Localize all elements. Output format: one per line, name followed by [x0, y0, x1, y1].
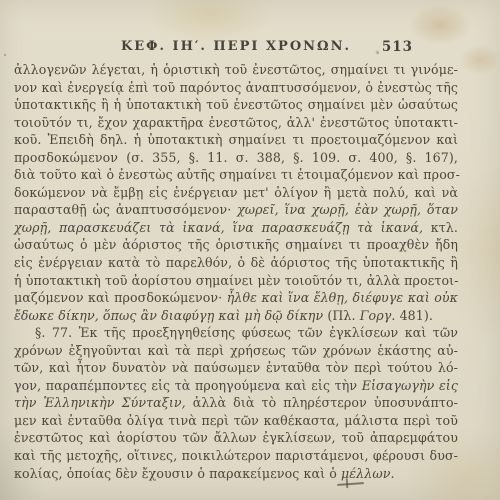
text-segment: §. 77. Ἐκ τῆς προεξηγηθείσης φύσεως τῶν …	[35, 325, 458, 340]
text-line: εἰς ἐνέργειαν κατὰ τὸ παρελθόν, ὁ δὲ ἀόρ…	[14, 254, 458, 272]
text-line: καὶ τῆς μετοχῆς, οἵτινες, ποικιλώτερον π…	[14, 447, 458, 465]
emphasized-text: τὴν Ἑλληνικὴν Σύνταξιν,	[14, 395, 186, 410]
text-segment: κολίας, ὁποίας δὲν ἔχουσιν ὁ παρακείμενο…	[14, 466, 341, 481]
emphasized-text: χωρῇ, παρασκευάζει τὰ ἱκανά, ἵνα παρασκε…	[14, 220, 423, 235]
text-segment: τῶν, καὶ ἦτον δυνατὸν νὰ παύσωμεν ἐνταῦθ…	[14, 360, 458, 375]
scanned-book-page: ΚΕΦ. ΙΗ′. ΠΕΡΙ ΧΡΟΝΩΝ. 513 ἀλλογενῶν λέγ…	[0, 0, 500, 500]
text-segment: τοιοῦτόν τι, ἔχον χαρακτῆρα ἐνεστῶτος, ἀ…	[14, 115, 458, 130]
text-line: γον, παραπέμποντες εἰς τὰ προηγούμενα κα…	[14, 377, 458, 395]
paragraph: §. 77. Ἐκ τῆς προεξηγηθείσης φύσεως τῶν …	[14, 324, 458, 482]
text-segment: ἡ ὑποτακτικὴ τοῦ ἀορίστου σημαίνει μὲν τ…	[14, 273, 459, 288]
text-line: μαζόμενον καὶ προσδοκώμενον· ἦλθε καὶ ἵν…	[14, 289, 458, 307]
emphasized-text: Εἰσαγωγὴν εἰς	[362, 378, 458, 393]
text-line: τὴν Ἑλληνικὴν Σύνταξιν, ἀλλὰ διὰ τὸ πληρ…	[14, 394, 458, 412]
text-segment: παρασταθῇ ὡς ἀναπτυσσόμενον·	[14, 202, 237, 217]
text-segment: ἐνεστῶτος καὶ ἀορίστου τῶν ἄλλων ἐγκλίσε…	[14, 430, 458, 445]
text-line: ἡ ὑποτακτικὴ τοῦ ἀορίστου σημαίνει μὲν τ…	[14, 272, 458, 290]
text-segment: κτλ.	[423, 220, 458, 235]
text-line: χωρῇ, παρασκευάζει τὰ ἱκανά, ἵνα παρασκε…	[14, 219, 458, 237]
text-line: δοκώμενον νὰ ἔμβῃ εἰς ἐνέργειαν μετ' ὀλί…	[14, 184, 458, 202]
text-line: κολίας, ὁποίας δὲν ἔχουσιν ὁ παρακείμενο…	[14, 465, 458, 483]
text-segment: δοκώμενον νὰ ἔμβῃ εἰς ἐνέργειαν μετ' ὀλί…	[14, 185, 458, 200]
emphasized-text: χωρεῖ, ἵνα χωρῇ, ἐὰν χωρῇ, ὅταν	[237, 202, 458, 217]
text-segment: χρόνων ἐξηγοῦνται καὶ τὰ περὶ χρήσεως τῶ…	[14, 343, 458, 358]
page-body: ἀλλογενῶν λέγεται, ἡ ὁριστικὴ τοῦ ἐνεστῶ…	[14, 61, 458, 482]
text-line: χρόνων ἐξηγοῦνται καὶ τὰ περὶ χρήσεως τῶ…	[14, 342, 458, 360]
text-line: παρασταθῇ ὡς ἀναπτυσσόμενον· χωρεῖ, ἵνα …	[14, 201, 458, 219]
text-segment: ὑποτακτικῆς ἢ ἡ ὑποτακτικὴ τοῦ ἐνεστῶτος…	[14, 97, 458, 112]
text-line: νον καὶ ἐνεργείᾳ ἐπὶ τοῦ παρόντος ἀναπτυ…	[14, 79, 458, 97]
emphasized-text: ἔδωκε δίκην, ὅπως ἂν διαφύγῃ καὶ μὴ δῷ δ…	[14, 308, 327, 323]
text-line: προσδοκώμενον (σ. 355, §. 11. σ. 388, §.…	[14, 149, 458, 167]
text-segment: ἀλλογενῶν λέγεται, ἡ ὁριστικὴ τοῦ ἐνεστῶ…	[14, 62, 458, 77]
text-segment: εἰς ἐνέργειαν κατὰ τὸ παρελθόν, ὁ δὲ ἀόρ…	[14, 255, 458, 270]
text-segment: ὡσαύτως ὁ μὲν ἀόριστος τῆς ὁριστικῆς σημ…	[14, 237, 458, 252]
pencil-mark	[337, 477, 365, 489]
text-segment: διὰ τοῦτο καὶ ὁ ἐνεστὼς αὐτῆς σημαίνει τ…	[14, 167, 460, 182]
chapter-title: ΚΕΦ. ΙΗ′. ΠΕΡΙ ΧΡΟΝΩΝ.	[0, 39, 486, 54]
paragraph: ἀλλογενῶν λέγεται, ἡ ὁριστικὴ τοῦ ἐνεστῶ…	[14, 61, 458, 324]
text-segment: μεν καὶ ἐνταῦθα ὀλίγα τινὰ περὶ τῶν καθέ…	[14, 413, 458, 428]
text-segment: νον καὶ ἐνεργείᾳ ἐπὶ τοῦ παρόντος ἀναπτυ…	[14, 80, 458, 95]
text-segment: γον, παραπέμποντες εἰς τὰ προηγούμενα κα…	[14, 378, 362, 393]
text-segment: προσδοκώμενον (σ. 355, §. 11. σ. 388, §.…	[14, 150, 458, 165]
text-line: §. 77. Ἐκ τῆς προεξηγηθείσης φύσεως τῶν …	[14, 324, 458, 342]
running-header: ΚΕΦ. ΙΗ′. ΠΕΡΙ ΧΡΟΝΩΝ. 513	[0, 39, 500, 57]
text-line: κοῦ. Ἐπειδὴ δηλ. ἡ ὑποτακτικὴ σημαίνει τ…	[14, 131, 458, 149]
text-line: ὑποτακτικῆς ἢ ἡ ὑποτακτικὴ τοῦ ἐνεστῶτος…	[14, 96, 458, 114]
text-line: τῶν, καὶ ἦτον δυνατὸν νὰ παύσωμεν ἐνταῦθ…	[14, 359, 458, 377]
text-line: τοιοῦτόν τι, ἔχον χαρακτῆρα ἐνεστῶτος, ἀ…	[14, 114, 458, 132]
text-line: ἀλλογενῶν λέγεται, ἡ ὁριστικὴ τοῦ ἐνεστῶ…	[14, 61, 458, 79]
text-line: ἐνεστῶτος καὶ ἀορίστου τῶν ἄλλων ἐγκλίσε…	[14, 429, 458, 447]
text-segment: 481).	[395, 308, 433, 323]
text-segment: (Πλ.	[327, 308, 359, 323]
text-segment: καὶ τῆς μετοχῆς, οἵτινες, ποικιλώτερον π…	[14, 448, 458, 463]
text-line: διὰ τοῦτο καὶ ὁ ἐνεστὼς αὐτῆς σημαίνει τ…	[14, 166, 458, 184]
emphasized-text: ἦλθε καὶ ἵνα ἔλθῃ, διέφυγε καὶ οὐκ	[227, 290, 458, 305]
page-number: 513	[382, 39, 413, 55]
text-segment: ἀλλὰ διὰ τὸ πληρέστερον ὑποσυνάπτο-	[186, 395, 458, 410]
text-line: ὡσαύτως ὁ μὲν ἀόριστος τῆς ὁριστικῆς σημ…	[14, 236, 458, 254]
text-line: μεν καὶ ἐνταῦθα ὀλίγα τινὰ περὶ τῶν καθέ…	[14, 412, 458, 430]
text-segment: μαζόμενον καὶ προσδοκώμενον·	[14, 290, 227, 305]
text-line: ἔδωκε δίκην, ὅπως ἂν διαφύγῃ καὶ μὴ δῷ δ…	[14, 307, 458, 325]
emphasized-text: Γοργ.	[360, 308, 396, 323]
text-segment: κοῦ. Ἐπειδὴ δηλ. ἡ ὑποτακτικὴ σημαίνει τ…	[14, 132, 458, 147]
